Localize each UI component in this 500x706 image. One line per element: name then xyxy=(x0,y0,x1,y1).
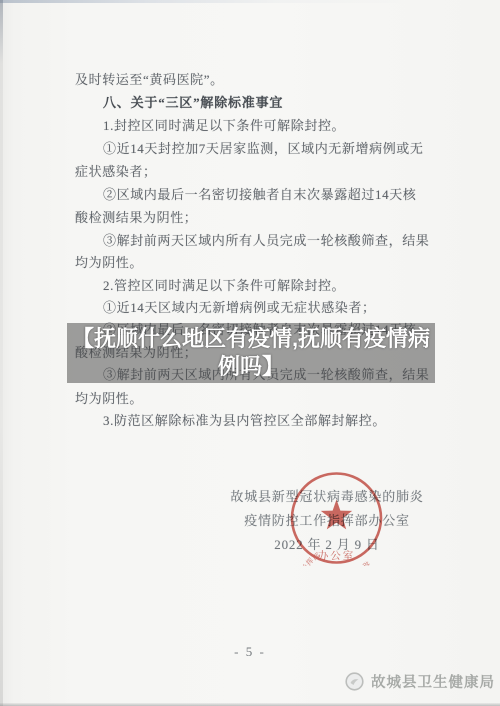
scan-top-edge xyxy=(0,0,500,3)
caption-line-2: 例吗】 xyxy=(218,353,284,381)
page-number: - 5 - xyxy=(0,644,500,660)
doc-line: 及时转运至“黄码医院”。 xyxy=(75,69,224,88)
doc-line: ③解封前两天区域内所有人员完成一轮核酸筛查，结果 xyxy=(103,230,429,249)
caption-line-1: 【抚顺什么地区有疫情,抚顺有疫情病 xyxy=(72,325,430,353)
doc-line: 均为阴性。 xyxy=(75,252,143,271)
scanned-document-page: 及时转运至“黄码医院”。 八、关于“三区”解除标准事宜 1.封控区同时满足以下条… xyxy=(0,0,500,706)
doc-line: 均为阴性。 xyxy=(75,388,143,407)
star-icon xyxy=(321,500,352,530)
doc-line: ②区域内最后一名密切接触者自末次暴露超过14天核 xyxy=(103,184,416,203)
bureau-logo-icon xyxy=(344,671,365,692)
doc-line: 症状感染者； xyxy=(75,161,157,180)
official-seal: 故城县新型冠状病毒感染的肺炎疫情防控工作指挥部 办公室 xyxy=(288,470,385,566)
health-bureau-watermark: 故城县卫生健康局 xyxy=(344,671,495,692)
caption-overlay-band: 【抚顺什么地区有疫情,抚顺有疫情病 例吗】 xyxy=(67,323,435,383)
seal-center-label: 办公室 xyxy=(318,549,356,562)
watermark-text: 故城县卫生健康局 xyxy=(371,671,495,692)
doc-line: 3.防范区解除标准为县内管控区全部解封解控。 xyxy=(103,410,386,429)
doc-line: 1.封控区同时满足以下条件可解除封控。 xyxy=(103,115,345,134)
doc-line: 酸检测结果为阴性； xyxy=(75,207,197,226)
doc-line: 2.管控区同时满足以下条件可解除封控。 xyxy=(103,275,345,294)
doc-line: ①近14天区域内无新增病例或无症状感染者； xyxy=(103,297,376,316)
doc-line: ①近14天封控加7天居家监测，区域内无新增病例或无 xyxy=(103,138,424,157)
scan-left-edge xyxy=(0,0,3,706)
doc-heading: 八、关于“三区”解除标准事宜 xyxy=(103,92,283,111)
